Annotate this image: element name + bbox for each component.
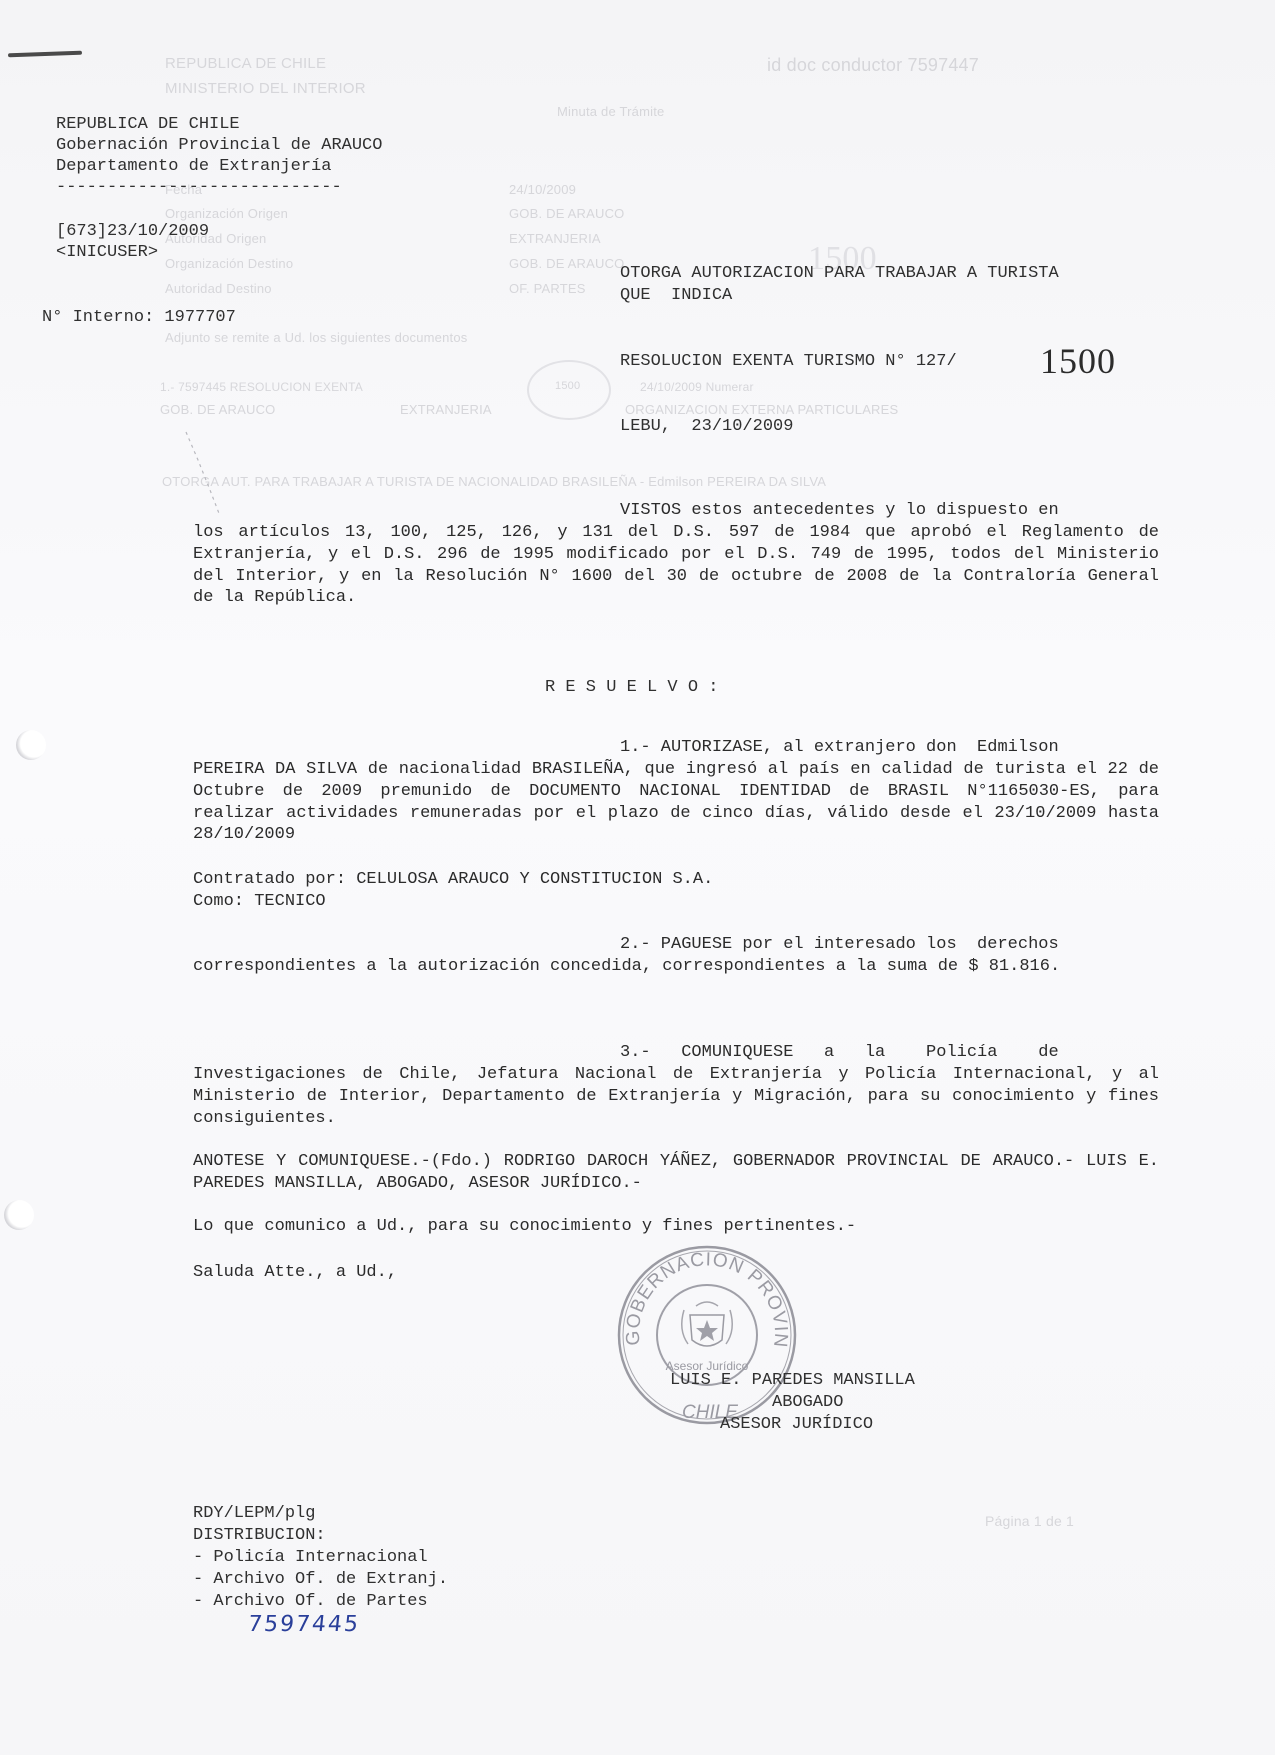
item3-first-line: 3.- COMUNIQUESE a la Policía de bbox=[620, 1042, 1159, 1064]
ghost-text: OF. PARTES bbox=[509, 281, 586, 296]
punch-hole bbox=[16, 730, 46, 760]
ghost-text: Organización Destino bbox=[165, 256, 293, 271]
item2-first-line: 2.- PAGUESE por el interesado los derech… bbox=[620, 934, 1059, 956]
ghost-text: MINISTERIO DEL INTERIOR bbox=[165, 80, 366, 97]
resolution-stamped-number: 1500 bbox=[1040, 340, 1116, 382]
item2-body: correspondientes a la autorización conce… bbox=[193, 956, 1159, 978]
vistos-body: los artículos 13, 100, 125, 126, y 131 d… bbox=[193, 522, 1159, 609]
header-office: Gobernación Provincial de ARAUCO bbox=[56, 135, 382, 157]
ghost-text: Minuta de Trámite bbox=[557, 104, 664, 119]
signer-position: ASESOR JURÍDICO bbox=[720, 1414, 873, 1436]
ghost-text: Adjunto se remite a Ud. los siguientes d… bbox=[165, 330, 467, 345]
ghost-text: 1.- 7597445 RESOLUCION EXENTA bbox=[160, 380, 363, 394]
place-date: LEBU, 23/10/2009 bbox=[620, 416, 793, 438]
subject-line-2: QUE INDICA bbox=[620, 285, 732, 307]
ghost-text: 24/10/2009 Numerar bbox=[640, 380, 754, 394]
item3-body: Investigaciones de Chile, Jefatura Nacio… bbox=[193, 1064, 1159, 1129]
initials: RDY/LEPM/plg bbox=[193, 1503, 315, 1525]
ghost-text: 24/10/2009 bbox=[509, 182, 576, 197]
stray-mark bbox=[180, 430, 240, 520]
ghost-text: ORGANIZACION EXTERNA PARTICULARES bbox=[625, 402, 898, 417]
distribution-label: DISTRIBUCION: bbox=[193, 1525, 326, 1547]
greeting-text: Saluda Atte., a Ud., bbox=[193, 1262, 397, 1284]
ghost-text: REPUBLICA DE CHILE bbox=[165, 55, 326, 72]
item1-body: PEREIRA DA SILVA de nacionalidad BRASILE… bbox=[193, 759, 1159, 846]
item1-contracted-by: Contratado por: CELULOSA ARAUCO Y CONSTI… bbox=[193, 869, 713, 891]
distribution-item: - Archivo Of. de Extranj. bbox=[193, 1569, 448, 1591]
punch-hole bbox=[4, 1200, 34, 1230]
ghost-text: Página 1 de 1 bbox=[985, 1513, 1074, 1529]
reference-date: [673]23/10/2009 bbox=[56, 221, 209, 243]
ghost-text: EXTRANJERIA bbox=[400, 402, 492, 417]
ghost-text: 1500 bbox=[555, 380, 580, 392]
anotese-text: ANOTESE Y COMUNIQUESE.-(Fdo.) RODRIGO DA… bbox=[193, 1151, 1159, 1195]
distribution-item: - Policía Internacional bbox=[193, 1547, 428, 1569]
ghost-text: Organización Origen bbox=[165, 206, 288, 221]
item1-role: Como: TECNICO bbox=[193, 891, 326, 913]
handwritten-number: 7597445 bbox=[247, 1612, 362, 1637]
resuelvo-heading: R E S U E L V O : bbox=[545, 677, 718, 699]
ghost-text: Autoridad Destino bbox=[165, 281, 272, 296]
ghost-text: OTORGA AUT. PARA TRABAJAR A TURISTA DE N… bbox=[162, 474, 826, 489]
ghost-text: id doc conductor 7597447 bbox=[767, 55, 979, 76]
item1-first-line: 1.- AUTORIZASE, al extranjero don Edmils… bbox=[620, 737, 1059, 759]
ghost-text: GOB. DE ARAUCO bbox=[509, 256, 625, 271]
subject-line-1: OTORGA AUTORIZACION PARA TRABAJAR A TURI… bbox=[620, 263, 1059, 285]
resolution-label: RESOLUCION EXENTA TURISMO N° 127/ bbox=[620, 351, 957, 373]
header-rule: ---------------------------- bbox=[56, 177, 342, 199]
communicate-text: Lo que comunico a Ud., para su conocimie… bbox=[193, 1216, 856, 1238]
scanned-page: REPUBLICA DE CHILE MINISTERIO DEL INTERI… bbox=[0, 0, 1275, 1755]
header-department: Departamento de Extranjería bbox=[56, 156, 331, 178]
distribution-item: - Archivo Of. de Partes bbox=[193, 1591, 428, 1613]
pen-mark bbox=[8, 51, 82, 58]
ghost-text: EXTRANJERIA bbox=[509, 231, 601, 246]
user-placeholder: <INICUSER> bbox=[56, 242, 158, 264]
coat-of-arms-icon bbox=[682, 1302, 733, 1346]
ghost-text: GOB. DE ARAUCO bbox=[160, 402, 276, 417]
vistos-first-line: VISTOS estos antecedentes y lo dispuesto… bbox=[620, 500, 1059, 522]
ghost-text: GOB. DE ARAUCO bbox=[509, 206, 625, 221]
signer-name: LUIS E. PAREDES MANSILLA bbox=[670, 1370, 915, 1392]
header-country: REPUBLICA DE CHILE bbox=[56, 114, 240, 136]
signer-title: ABOGADO bbox=[772, 1392, 843, 1414]
internal-number: N° Interno: 1977707 bbox=[42, 307, 236, 329]
